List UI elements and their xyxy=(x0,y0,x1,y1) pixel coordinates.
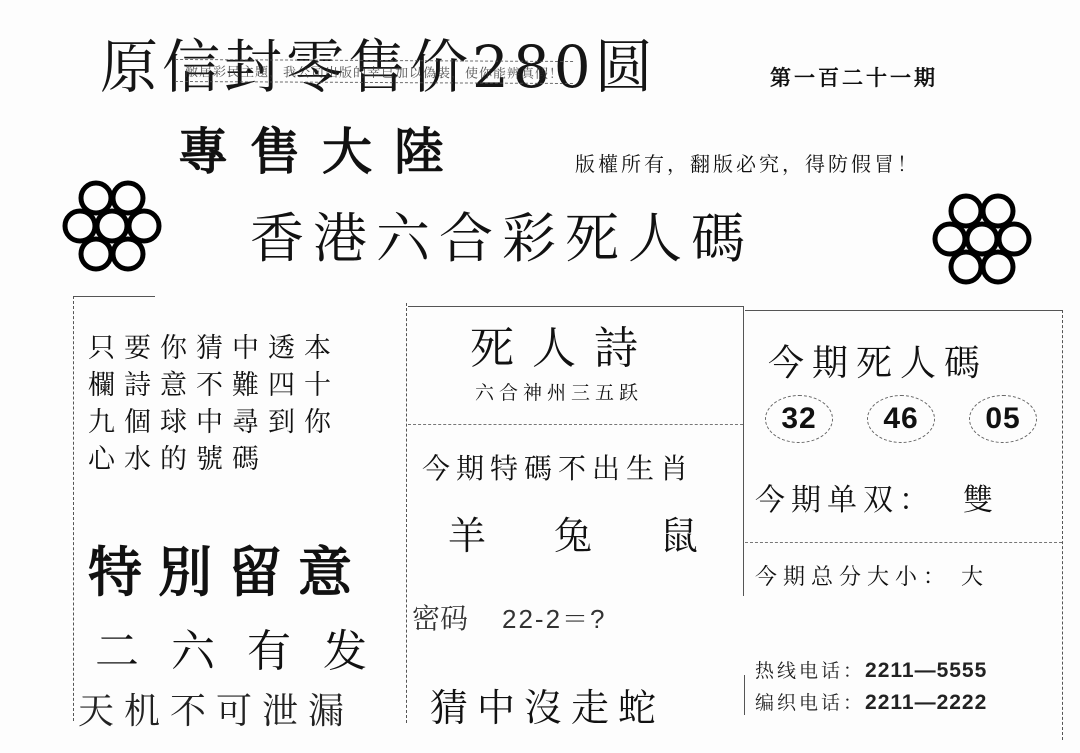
secret-code: 密码22-2＝? xyxy=(412,597,607,637)
big-small-label: 今期总分大小： xyxy=(755,565,951,590)
intro-line: 九個球中尋到你 xyxy=(88,404,408,441)
frame-left xyxy=(73,296,74,721)
frame-right xyxy=(1062,310,1063,740)
odd-even-row: 今期单双：雙 xyxy=(755,475,999,519)
special-notice: 特別留意 xyxy=(88,530,368,607)
secret-label: 密码 xyxy=(412,602,468,635)
footer-slogan: 天机不可泄漏 xyxy=(78,683,354,734)
hotline-row: 热线电话：2211—5555 xyxy=(755,656,987,683)
secret-value: 22-2＝? xyxy=(502,604,607,634)
guess-text: 猜中沒走蛇 xyxy=(430,677,665,732)
poem-title: 死人詩 xyxy=(470,312,656,376)
divider-bottom-right xyxy=(744,675,745,715)
number-ball: 32 xyxy=(765,395,833,443)
hotline-number: 2211—5555 xyxy=(865,659,987,682)
zodiac-rabbit: 兔 xyxy=(554,505,592,560)
hint-text: 二六有发 xyxy=(95,615,399,679)
big-small-row: 今期总分大小：大 xyxy=(755,560,989,591)
poem-line: 六合神州三五跃 xyxy=(475,378,643,405)
frame-top-middle xyxy=(408,306,743,307)
subtitle: 專售大陸 xyxy=(178,112,466,184)
intro-line: 心水的號碼 xyxy=(88,441,408,478)
issue-number: 第一百二十一期 xyxy=(770,62,938,92)
intro-text: 只要你猜中透本 欄詩意不難四十 九個球中尋到你 心水的號碼 xyxy=(88,330,408,478)
dead-numbers: 324605 xyxy=(765,395,1071,443)
hotline-label: 热线电话： xyxy=(755,660,865,682)
anti-counterfeit-overlay: 敝居彩民主題，我公司出版的幸已加以偽裝，使你能辨真假！ xyxy=(175,59,573,84)
number-ball: 46 xyxy=(867,395,935,443)
odd-even-label: 今期单双： xyxy=(755,483,935,518)
headline: 香港六合彩死人碼 xyxy=(250,196,754,273)
number-ball: 05 xyxy=(969,395,1037,443)
flower-icon xyxy=(62,178,162,274)
excluded-zodiac-label: 今期特碼不出生肖 xyxy=(422,447,694,487)
intro-line: 欄詩意不難四十 xyxy=(88,367,408,404)
intro-line: 只要你猜中透本 xyxy=(88,330,408,367)
zodiac-rat: 鼠 xyxy=(660,505,698,560)
editor-row: 编织电话：2211—2222 xyxy=(755,688,987,715)
editor-number: 2211—2222 xyxy=(865,691,987,714)
copyright-notice: 版權所有，翻版必究，得防假冒！ xyxy=(575,148,920,177)
editor-label: 编织电话： xyxy=(755,692,865,714)
excluded-zodiacs: 羊兔鼠 xyxy=(448,505,766,560)
frame-top-right xyxy=(745,310,1063,311)
divider-right-bigsmall xyxy=(745,542,1062,543)
divider-middle-poem xyxy=(408,424,743,425)
frame-top-left xyxy=(73,296,155,297)
odd-even-value: 雙 xyxy=(963,483,999,518)
dead-numbers-title: 今期死人碼 xyxy=(768,335,988,386)
flower-icon xyxy=(932,191,1032,287)
big-small-value: 大 xyxy=(961,565,989,590)
zodiac-sheep: 羊 xyxy=(448,505,486,560)
